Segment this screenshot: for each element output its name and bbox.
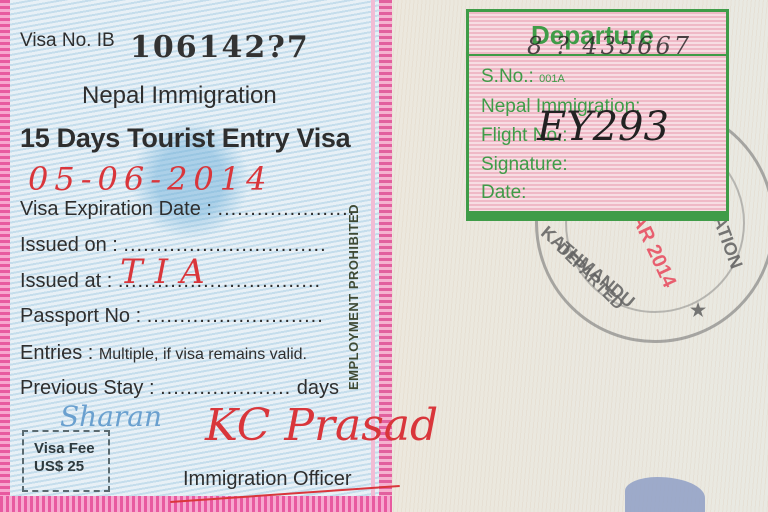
field-label: Passport No :	[20, 305, 141, 327]
sno-field: S.No.: 001A	[481, 66, 565, 88]
handwritten-date: 05-06-2014	[28, 160, 273, 198]
field-label: Issued on :	[20, 234, 118, 256]
field-dots: .....................	[218, 198, 356, 220]
dep-label-date: Date:	[481, 182, 526, 204]
field-previous-stay: Previous Stay : .................... day…	[20, 377, 339, 400]
fee-label: Visa Fee	[34, 440, 108, 458]
fee-value: US$ 25	[34, 458, 108, 476]
handwritten-flight: EY293	[537, 104, 669, 150]
field-dots: ....................	[160, 377, 291, 399]
handwritten-issued-at: TIA	[120, 252, 217, 292]
officer-label: Immigration Officer	[183, 468, 352, 491]
applicant-signature: Sharan	[60, 400, 162, 433]
visa-sticker: Visa No. IB 106142?7 Nepal Immigration 1…	[0, 0, 392, 512]
visa-title: 15 Days Tourist Entry Visa	[20, 123, 350, 154]
sno-label: S.No.:	[481, 66, 534, 87]
departure-stamp: Departure 8 ? 435667 S.No.: 001A Nepal I…	[466, 9, 729, 221]
field-label: Visa Expiration Date :	[20, 198, 212, 220]
star-icon: ★	[690, 300, 706, 321]
field-suffix: days	[297, 377, 339, 399]
visa-border-left	[0, 0, 10, 512]
field-label: Entries :	[20, 342, 93, 364]
field-label: Issued at :	[20, 270, 112, 292]
field-passport-no: Passport No : ..........................…	[20, 305, 324, 328]
visa-number: 106142?7	[130, 30, 310, 65]
dep-label-signature: Signature:	[481, 154, 568, 176]
officer-signature: KC Prasad	[205, 400, 438, 451]
issuer: Nepal Immigration	[82, 82, 277, 110]
visa-no-label: Visa No. IB	[20, 30, 115, 52]
field-label: Previous Stay :	[20, 377, 155, 399]
field-value: Multiple, if visa remains valid.	[99, 346, 307, 363]
employment-prohibited-text: EMPLOYMENT PROHIBITED	[346, 204, 361, 390]
sno-value: 001A	[539, 73, 565, 85]
field-dots: ...........................	[147, 305, 324, 327]
field-expiration: Visa Expiration Date : .................…	[20, 198, 355, 221]
visa-fee-box: Visa Fee US$ 25	[22, 430, 110, 492]
departure-bottom-bar	[469, 211, 726, 218]
field-entries: Entries : Multiple, if visa remains vali…	[20, 342, 307, 365]
handwritten-number: 8 ? 435667	[527, 32, 692, 60]
